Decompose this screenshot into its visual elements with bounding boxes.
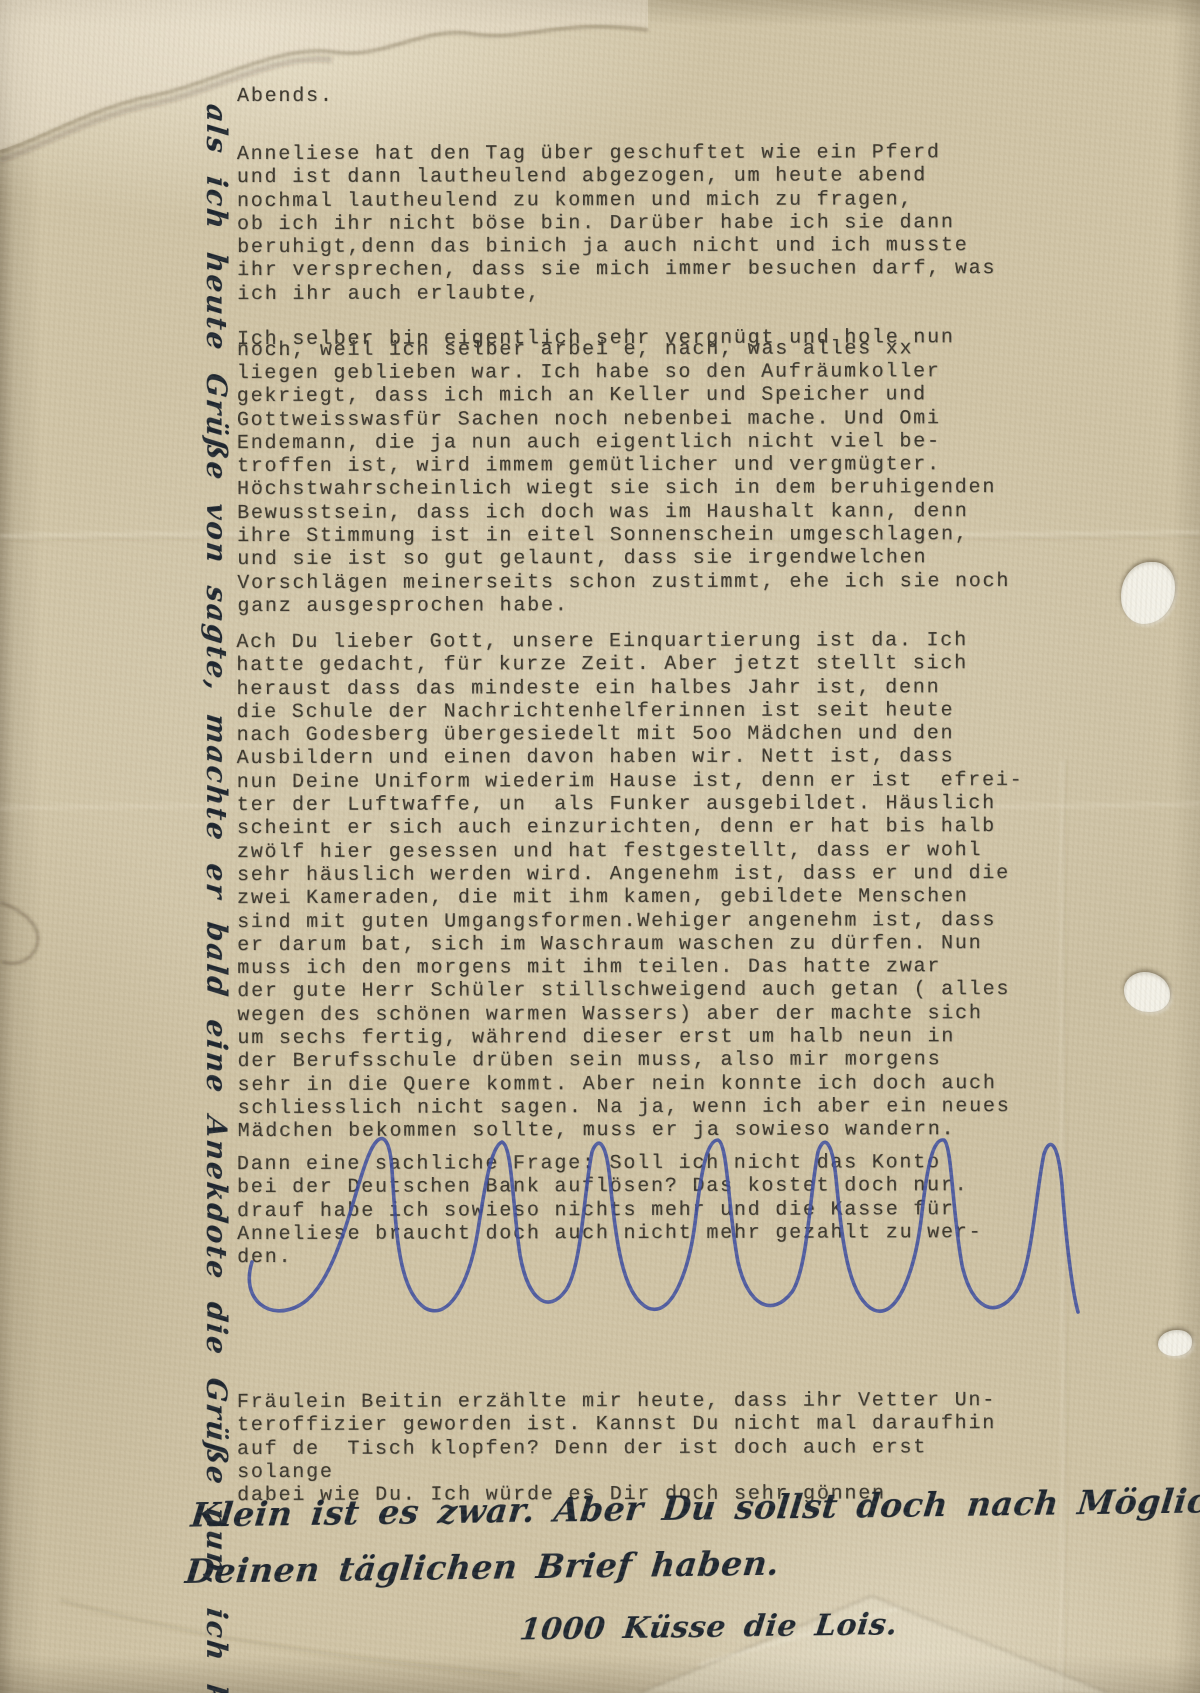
typed-paragraph-2: liegen geblieben war. Ich habe so den Au… <box>237 360 1038 618</box>
left-edge-crack <box>0 902 38 963</box>
handwritten-closing-line-2: Deinen täglichen Brief haben. <box>183 1544 781 1591</box>
margin-handwriting-vertical: als ich heute Grüße von sagte, machte er… <box>187 101 233 1376</box>
crease-vertical-shadow <box>1064 760 1066 1693</box>
bottom-wrinkle <box>60 1600 520 1676</box>
paper-hole-1 <box>1121 562 1175 624</box>
torn-edge-highlight <box>0 0 648 150</box>
paper-hole-3 <box>1158 1330 1192 1356</box>
typed-paragraph-3: Ach Du lieber Gott, unsere Einquartierun… <box>236 629 1037 1144</box>
letter-sheet: Abends. Anneliese hat den Tag über gesch… <box>0 0 1200 1693</box>
typed-paragraph-4: Dann eine sachliche Frage: Soll ich nich… <box>237 1151 1037 1270</box>
handwritten-closing-line-3: 1000 Küsse die Lois. <box>518 1607 900 1647</box>
typed-overstrike-line-2: noch, weil ich selber arbei e, nach, was… <box>237 337 1037 362</box>
crease-vertical <box>1060 760 1062 1693</box>
paper-hole-2 <box>1124 972 1170 1012</box>
letter-greeting: Abends. <box>237 83 1037 108</box>
typed-paragraph-1: Anneliese hat den Tag über geschuftet wi… <box>237 141 1037 306</box>
